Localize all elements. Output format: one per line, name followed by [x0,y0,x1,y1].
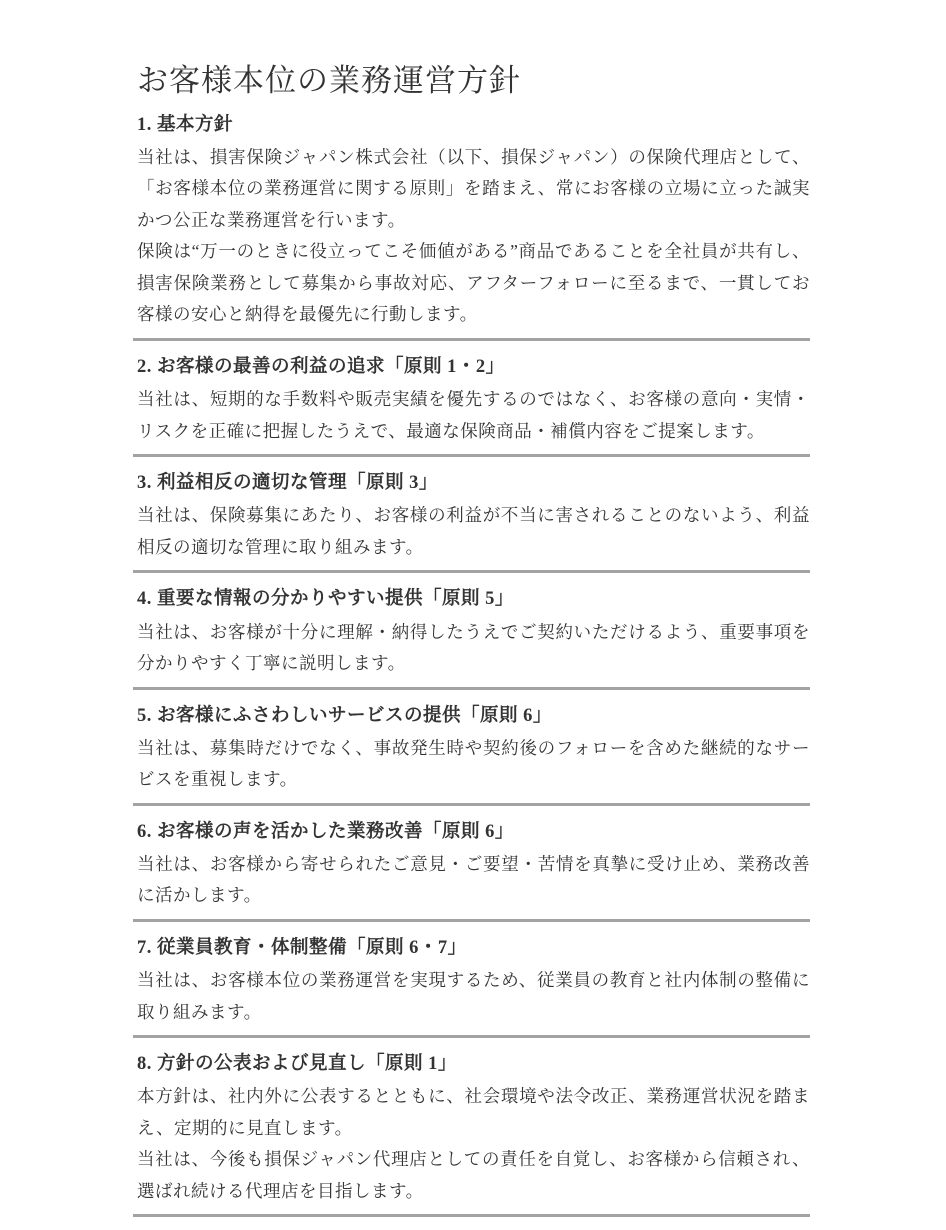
section-divider [133,1214,810,1217]
section-paragraph: 当社は、募集時だけでなく、事故発生時や契約後のフォローを含めた継続的なサービスを… [137,733,810,796]
section-paragraph: 当社は、お客様本位の業務運営を実現するため、従業員の教育と社内体制の整備に取り組… [137,965,810,1028]
policy-section: 5. お客様にふさわしいサービスの提供「原則 6」 当社は、募集時だけでなく、事… [133,705,810,806]
policy-section: 1. 基本方針 当社は、損害保険ジャパン株式会社（以下、損保ジャパン）の保険代理… [133,114,810,341]
section-paragraph: 当社は、短期的な手数料や販売実績を優先するのではなく、お客様の意向・実情・リスク… [137,384,810,447]
section-body: 本方針は、社内外に公表するとともに、社会環境や法令改正、業務運営状況を踏まえ、定… [133,1081,810,1207]
section-divider [133,919,810,922]
section-paragraph: 本方針は、社内外に公表するとともに、社会環境や法令改正、業務運営状況を踏まえ、定… [137,1081,810,1144]
section-paragraph: 当社は、今後も損保ジャパン代理店としての責任を自覚し、お客様から信頼され、選ばれ… [137,1144,810,1207]
policy-document: お客様本位の業務運営方針 1. 基本方針 当社は、損害保険ジャパン株式会社（以下… [133,0,810,1217]
section-body: 当社は、保険募集にあたり、お客様の利益が不当に害されることのないよう、利益相反の… [133,500,810,563]
section-divider [133,1035,810,1038]
section-body: 当社は、募集時だけでなく、事故発生時や契約後のフォローを含めた継続的なサービスを… [133,733,810,796]
section-heading: 4. 重要な情報の分かりやすい提供「原則 5」 [137,588,810,610]
section-paragraph: 当社は、損害保険ジャパン株式会社（以下、損保ジャパン）の保険代理店として、「お客… [137,142,810,237]
section-body: 当社は、お客様から寄せられたご意見・ご要望・苦情を真摯に受け止め、業務改善に活か… [133,849,810,912]
section-divider [133,338,810,341]
section-heading: 8. 方針の公表および見直し「原則 1」 [137,1053,810,1075]
section-body: 当社は、損害保険ジャパン株式会社（以下、損保ジャパン）の保険代理店として、「お客… [133,142,810,331]
section-heading: 1. 基本方針 [137,114,810,136]
section-body: 当社は、お客様が十分に理解・納得したうえでご契約いただけるよう、重要事項を分かり… [133,617,810,680]
section-heading: 3. 利益相反の適切な管理「原則 3」 [137,472,810,494]
section-heading: 5. お客様にふさわしいサービスの提供「原則 6」 [137,705,810,727]
policy-section: 7. 従業員教育・体制整備「原則 6・7」 当社は、お客様本位の業務運営を実現す… [133,937,810,1038]
section-heading: 6. お客様の声を活かした業務改善「原則 6」 [137,821,810,843]
section-body: 当社は、短期的な手数料や販売実績を優先するのではなく、お客様の意向・実情・リスク… [133,384,810,447]
page-title: お客様本位の業務運営方針 [137,62,810,101]
policy-section: 3. 利益相反の適切な管理「原則 3」 当社は、保険募集にあたり、お客様の利益が… [133,472,810,573]
section-divider [133,570,810,573]
section-paragraph: 当社は、お客様から寄せられたご意見・ご要望・苦情を真摯に受け止め、業務改善に活か… [137,849,810,912]
policy-section: 4. 重要な情報の分かりやすい提供「原則 5」 当社は、お客様が十分に理解・納得… [133,588,810,689]
policy-section: 8. 方針の公表および見直し「原則 1」 本方針は、社内外に公表するとともに、社… [133,1053,810,1217]
section-paragraph: 当社は、保険募集にあたり、お客様の利益が不当に害されることのないよう、利益相反の… [137,500,810,563]
section-heading: 2. お客様の最善の利益の追求「原則 1・2」 [137,356,810,378]
section-divider [133,454,810,457]
sections-container: 1. 基本方針 当社は、損害保険ジャパン株式会社（以下、損保ジャパン）の保険代理… [133,114,810,1218]
policy-section: 2. お客様の最善の利益の追求「原則 1・2」 当社は、短期的な手数料や販売実績… [133,356,810,457]
section-paragraph: 当社は、お客様が十分に理解・納得したうえでご契約いただけるよう、重要事項を分かり… [137,617,810,680]
section-divider [133,687,810,690]
section-heading: 7. 従業員教育・体制整備「原則 6・7」 [137,937,810,959]
policy-section: 6. お客様の声を活かした業務改善「原則 6」 当社は、お客様から寄せられたご意… [133,821,810,922]
section-body: 当社は、お客様本位の業務運営を実現するため、従業員の教育と社内体制の整備に取り組… [133,965,810,1028]
section-paragraph: 保険は“万一のときに役立ってこそ価値がある”商品であることを全社員が共有し、損害… [137,236,810,331]
section-divider [133,803,810,806]
